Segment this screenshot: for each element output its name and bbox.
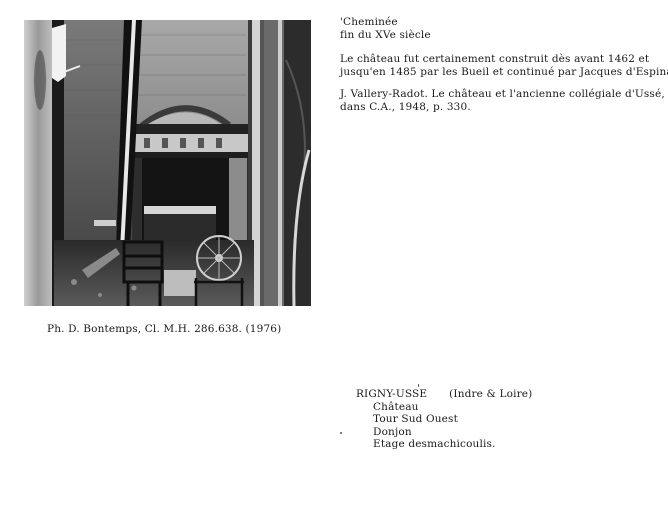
history-line-1: Le château fut certainement construit dè… xyxy=(340,53,668,66)
commune-name: RIGNY-USSE xyxy=(356,388,427,400)
department-name: (Indre & Loire) xyxy=(449,388,532,400)
scan-mark xyxy=(340,432,342,434)
photo-caption-title: 'Cheminée fin du XVe siècle xyxy=(340,16,431,41)
photo-credit: Ph. D. Bontemps, Cl. M.H. 286.638. (1976… xyxy=(47,323,281,336)
location-heading: RIGNY-USSE(Indre & Loire) xyxy=(356,388,532,401)
location-item: Donjon xyxy=(356,426,532,439)
location-item: Tour Sud Ouest xyxy=(356,413,532,426)
history-note: Le château fut certainement construit dè… xyxy=(340,53,668,78)
location-item: Etage desmachicoulis. xyxy=(356,438,532,451)
caption-title-line-2: fin du XVe siècle xyxy=(340,29,431,42)
fireplace-photo-image xyxy=(24,20,311,306)
reference-line-1: J. Vallery-Radot. Le château et l'ancien… xyxy=(340,88,665,101)
location-block: RIGNY-USSE(Indre & Loire) Château Tour S… xyxy=(356,388,532,451)
scan-mark xyxy=(418,384,419,387)
photograph xyxy=(24,20,311,306)
location-item: Château xyxy=(356,401,532,414)
caption-title-line-1: 'Cheminée xyxy=(340,16,431,29)
bibliographic-reference: J. Vallery-Radot. Le château et l'ancien… xyxy=(340,88,665,113)
history-line-2: jusqu'en 1485 par les Bueil et continué … xyxy=(340,66,668,79)
reference-line-2: dans C.A., 1948, p. 330. xyxy=(340,101,665,114)
